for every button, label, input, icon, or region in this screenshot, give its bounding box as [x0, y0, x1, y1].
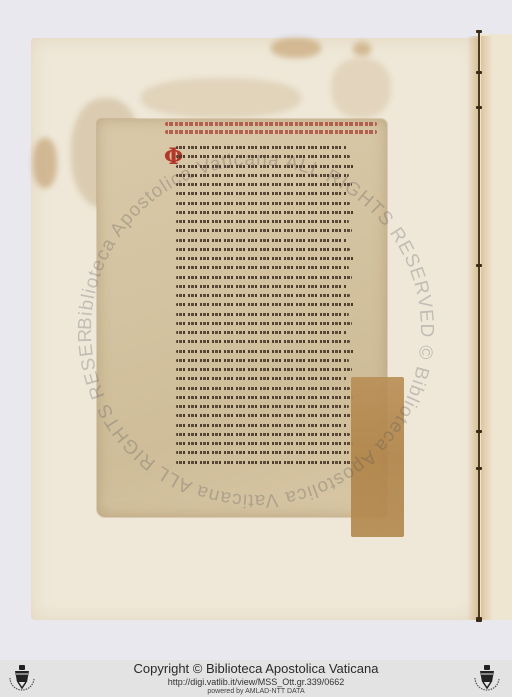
manuscript-text-line: [176, 294, 350, 297]
manuscript-text-line: [176, 229, 352, 232]
vatican-library-logo-icon: [4, 662, 40, 696]
manuscript-text-line: [176, 340, 350, 343]
stain: [331, 58, 391, 118]
manuscript-text-line: [176, 387, 350, 390]
powered-by-text: powered by AMLAD-NTT DATA: [0, 688, 512, 696]
repair-tape: [351, 377, 404, 537]
manuscript-text-line: [176, 414, 352, 417]
manuscript-text-line: [176, 359, 349, 362]
stain: [353, 42, 371, 56]
manuscript-text-line: [176, 220, 349, 223]
manuscript-text-line: [176, 396, 354, 399]
manuscript-text-line: [176, 146, 347, 149]
copyright-text: Copyright © Biblioteca Apostolica Vatica…: [0, 661, 512, 676]
stain: [33, 138, 57, 188]
manuscript-text-line: [176, 424, 347, 427]
manuscript-text-line: [176, 442, 354, 445]
permalink-url[interactable]: http://digi.vatlib.it/view/MSS_Ott.gr.33…: [0, 677, 512, 688]
stain: [271, 38, 321, 58]
manuscript-text-line: [176, 285, 347, 288]
stitch: [476, 30, 482, 33]
stitch: [476, 467, 482, 470]
vatican-library-logo-icon: [469, 662, 505, 696]
manuscript-text-line: [176, 368, 352, 371]
manuscript-viewer[interactable]: Φ Biblioteca Apostolica Vaticana ALL RIG…: [0, 0, 512, 660]
copyright-footer: Copyright © Biblioteca Apostolica Vatica…: [0, 660, 512, 697]
manuscript-text-line: [176, 239, 347, 242]
rubric-line: [165, 122, 377, 126]
manuscript-text-line: [176, 405, 349, 408]
manuscript-text-line: [176, 211, 354, 214]
manuscript-text-line: [176, 165, 354, 168]
stain: [141, 78, 301, 118]
rubric-line: [165, 130, 377, 134]
binding-gutter: [478, 30, 480, 620]
manuscript-text-line: [176, 248, 350, 251]
manuscript-text-line: [176, 331, 347, 334]
manuscript-text-line: [176, 174, 349, 177]
gutter-shadow: [481, 36, 493, 620]
manuscript-text-block: [176, 146, 354, 470]
stitch: [476, 106, 482, 109]
illuminated-initial: Φ: [164, 144, 176, 170]
manuscript-text-line: [176, 303, 354, 306]
manuscript-text-line: [176, 276, 352, 279]
manuscript-text-line: [176, 266, 349, 269]
manuscript-text-line: [176, 461, 354, 464]
manuscript-text-line: [176, 257, 354, 260]
manuscript-text-line: [176, 433, 350, 436]
manuscript-text-line: [176, 192, 347, 195]
manuscript-text-line: [176, 451, 349, 454]
manuscript-text-line: [176, 350, 354, 353]
rubric-heading: [165, 122, 377, 138]
manuscript-text-line: [176, 377, 347, 380]
manuscript-text-line: [176, 322, 352, 325]
manuscript-text-line: [176, 155, 350, 158]
stitch: [476, 617, 482, 622]
stitch: [476, 71, 482, 74]
manuscript-text-line: [176, 202, 350, 205]
stitch: [476, 430, 482, 433]
manuscript-text-line: [176, 183, 352, 186]
manuscript-text-line: [176, 313, 349, 316]
stitch: [476, 264, 482, 267]
